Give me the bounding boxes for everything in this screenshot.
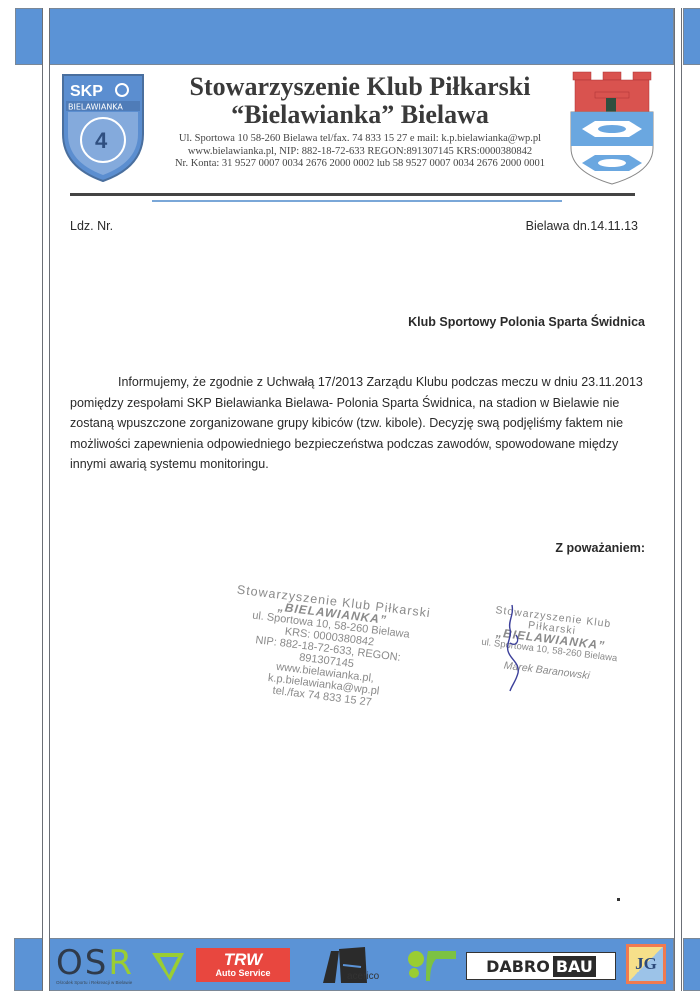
osr-wordmark: OSR: [56, 946, 134, 980]
org-name-line1: Stowarzyszenie Klub Piłkarski: [150, 72, 570, 102]
svg-text:BIELAWIANKA: BIELAWIANKA: [68, 103, 123, 112]
org-contact-info: Ul. Sportowa 10 58-260 Bielawa tel/fax. …: [150, 133, 570, 171]
osr-triangle-icon: [150, 945, 186, 985]
header-divider-blue: [152, 200, 562, 202]
addressee: Klub Sportowy Polonia Sparta Świdnica: [408, 315, 645, 329]
letter-body: Informujemy, że zgodnie z Uchwałą 17/201…: [70, 372, 650, 475]
footer-band-right: [683, 938, 700, 991]
header-divider-dark: [70, 193, 635, 196]
header-band-right: [683, 8, 700, 65]
org-address: Ul. Sportowa 10 58-260 Bielawa tel/fax. …: [150, 133, 570, 146]
letter-paragraph: Informujemy, że zgodnie z Uchwałą 17/201…: [70, 372, 650, 475]
sponsor-eco-logo: [400, 945, 460, 985]
svg-text:4: 4: [95, 128, 108, 153]
osr-subtitle: Ośrodek Sportu i Rekreacji w Bielawie: [56, 980, 132, 985]
org-bank-account: Nr. Konta: 31 9527 0007 0034 2676 2000 0…: [150, 158, 570, 171]
sponsor-dabrobau-logo: DABROBAU: [466, 952, 616, 980]
organization-stamp: Stowarzyszenie Klub Piłkarski „BIELAWIAN…: [222, 583, 434, 715]
svg-text:SKP: SKP: [70, 83, 103, 100]
handwritten-signature: [498, 603, 528, 693]
city-coat-of-arms-icon: [567, 70, 657, 186]
header-band: [15, 8, 674, 65]
sponsor-jg-logo: JG: [626, 944, 666, 984]
place-and-date: Bielawa dn.14.11.13: [526, 219, 638, 233]
reference-number-label: Ldz. Nr.: [70, 219, 113, 233]
org-name-line2: “Bielawianka” Bielawa: [150, 100, 570, 130]
signatory-stamp: Stowarzyszenie Klub Piłkarski „BIELAWIAN…: [467, 602, 634, 686]
org-registration: www.bielawianka.pl, NIP: 882-18-72-633 R…: [150, 146, 570, 159]
sponsor-trw-logo: TRW Auto Service: [196, 948, 290, 982]
club-crest-icon: SKP BIELAWIANKA 4: [60, 72, 146, 184]
eco-logo-icon: [402, 945, 458, 985]
closing: Z poważaniem:: [555, 541, 645, 555]
left-margin-line: [42, 8, 50, 991]
stray-mark: [617, 898, 620, 901]
sponsor-acerico-logo: acerico: [297, 945, 393, 985]
right-margin-line: [674, 8, 682, 991]
